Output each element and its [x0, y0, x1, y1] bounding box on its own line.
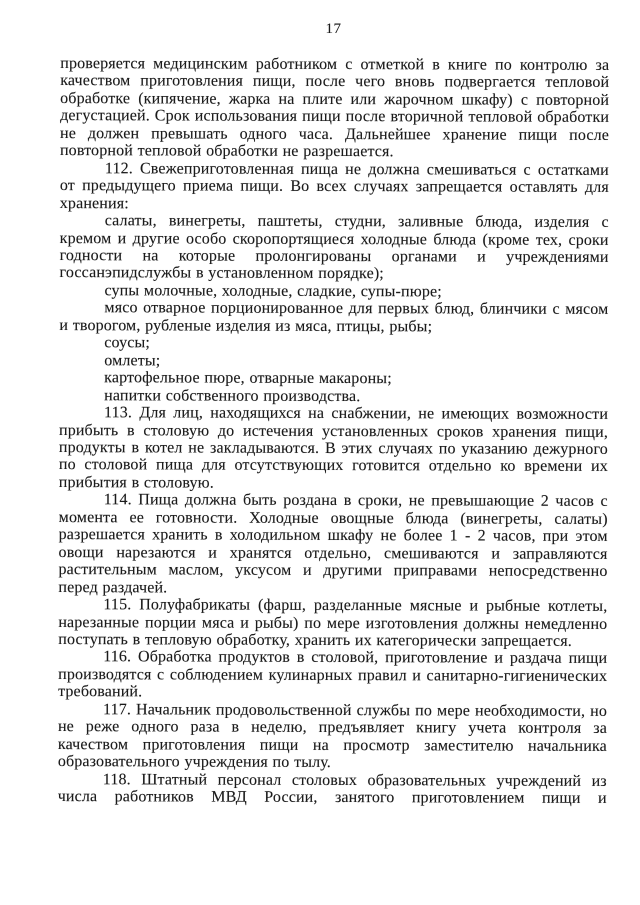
list-item-sauces: соусы;	[59, 334, 608, 353]
list-item-salads: салаты, винегреты, паштеты, студни, зали…	[60, 212, 609, 284]
list-item-puree: картофельное пюре, отварные макароны;	[59, 369, 608, 388]
paragraph-item-115: 115. Полуфабрикаты (фарш, разделанные мя…	[58, 596, 607, 650]
paragraph-item-112: 112. Свежеприготовленная пища не должна …	[60, 160, 609, 214]
paragraph-item-118: 118. Штатный персонал столовых образоват…	[58, 771, 607, 808]
document-body: проверяется медицинским работником с отм…	[58, 55, 610, 807]
page-number: 17	[59, 21, 608, 37]
list-item-meat: мясо отварное порционированное для первы…	[59, 299, 608, 336]
list-item-drinks: напитки собственного производства.	[59, 387, 608, 406]
paragraph-item-114: 114. Пища должна быть роздана в сроки, н…	[58, 491, 607, 598]
scanned-document-page: 17 проверяется медицинским работником с …	[0, 0, 640, 905]
paragraph-item-116: 116. Обработка продуктов в столовой, при…	[58, 648, 607, 702]
paragraph-item-117: 117. Начальник продовольственной службы …	[58, 701, 607, 773]
list-item-omelets: омлеты;	[59, 352, 608, 371]
paragraph-item-113: 113. Для лиц, находящихся на снабжении, …	[59, 404, 608, 493]
paragraph-continuation: проверяется медицинским работником с отм…	[60, 55, 609, 162]
